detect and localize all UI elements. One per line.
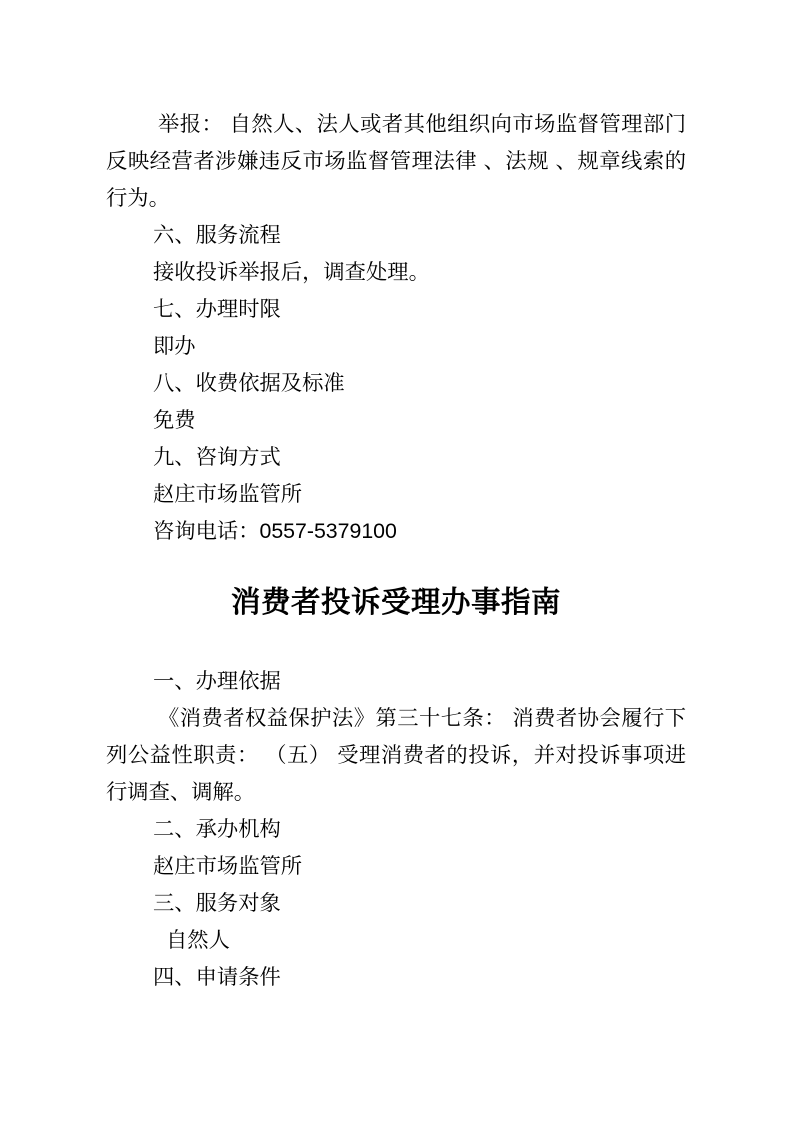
paragraph-service-flow: 接收投诉举报后，调查处理。	[106, 254, 686, 291]
heading-undertaking-org: 二、承办机构	[106, 811, 686, 848]
document-title: 消费者投诉受理办事指南	[106, 581, 686, 625]
paragraph-undertaking-org: 赵庄市场监管所	[106, 848, 686, 885]
paragraph-legal-basis: 《消费者权益保护法》第三十七条： 消费者协会履行下列公益性职责： （五） 受理消…	[106, 700, 686, 811]
paragraph-consult-phone: 咨询电话：0557-5379100	[106, 513, 686, 550]
paragraph-report-definition: 举报： 自然人、法人或者其他组织向市场监督管理部门反映经营者涉嫌违反市场监督管理…	[106, 106, 686, 217]
heading-time-limit: 七、办理时限	[106, 291, 686, 328]
heading-handling-basis: 一、办理依据	[106, 663, 686, 700]
paragraph-time-limit: 即办	[106, 328, 686, 365]
paragraph-consult-office: 赵庄市场监管所	[106, 476, 686, 513]
heading-fee-standard: 八、收费依据及标准	[106, 365, 686, 402]
heading-service-target: 三、服务对象	[106, 885, 686, 922]
document-page: 举报： 自然人、法人或者其他组织向市场监督管理部门反映经营者涉嫌违反市场监督管理…	[0, 0, 793, 1122]
heading-apply-conditions: 四、申请条件	[106, 959, 686, 996]
paragraph-fee: 免费	[106, 402, 686, 439]
paragraph-service-target: 自然人	[106, 922, 686, 959]
heading-service-flow: 六、服务流程	[106, 217, 686, 254]
heading-consult-method: 九、咨询方式	[106, 439, 686, 476]
